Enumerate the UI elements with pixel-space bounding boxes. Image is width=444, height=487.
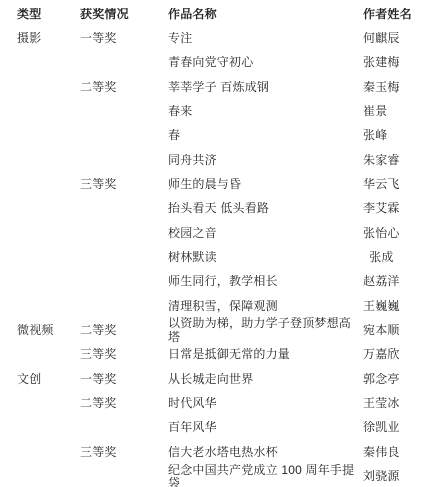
table-row: 百年风华徐凯业 <box>17 416 444 440</box>
cell-title: 师生的晨与昏 <box>168 178 363 191</box>
table-row: 三等奖日常是抵御无常的力量万嘉欣 <box>17 343 444 367</box>
cell-author: 王莹冰 <box>363 397 444 410</box>
cell-title: 专注 <box>168 32 363 45</box>
cell-author: 华云飞 <box>363 178 444 191</box>
cell-author: 张峰 <box>363 129 444 142</box>
cell-award: 三等奖 <box>80 178 168 191</box>
column-header-type: 类型 <box>17 8 80 21</box>
cell-author: 宛本顺 <box>363 324 444 337</box>
cell-author: 万嘉欣 <box>363 348 444 361</box>
table-row: 纪念中国共产党成立 100 周年手提袋刘骁源 <box>17 465 444 487</box>
table-row: 青春向党守初心张建梅 <box>17 51 444 75</box>
cell-award: 二等奖 <box>80 81 168 94</box>
cell-author: 崔景 <box>363 105 444 118</box>
column-header-title: 作品名称 <box>168 8 363 21</box>
table-row: 抬头看天 低头看路李艾霖 <box>17 197 444 221</box>
cell-type: 摄影 <box>17 32 80 45</box>
cell-award: 三等奖 <box>80 348 168 361</box>
cell-title: 百年风华 <box>168 421 363 434</box>
cell-author: 何麒辰 <box>363 32 444 45</box>
cell-author: 张怡心 <box>363 227 444 240</box>
table-row: 微视频二等奖以资助为梯，助力学子登顶梦想高塔宛本顺 <box>17 318 444 342</box>
cell-title: 春 <box>168 129 363 142</box>
table-row: 二等奖时代风华王莹冰 <box>17 392 444 416</box>
cell-author: 张成 <box>363 251 444 264</box>
cell-title: 纪念中国共产党成立 100 周年手提袋 <box>168 464 363 487</box>
cell-title: 日常是抵御无常的力量 <box>168 348 363 361</box>
table-row: 校园之音张怡心 <box>17 221 444 245</box>
cell-author: 徐凯业 <box>363 421 444 434</box>
cell-title: 时代风华 <box>168 397 363 410</box>
cell-title: 抬头看天 低头看路 <box>168 202 363 215</box>
column-header-author: 作者姓名 <box>363 8 444 21</box>
cell-type: 文创 <box>17 373 80 386</box>
cell-award: 三等奖 <box>80 446 168 459</box>
cell-author: 郭念亭 <box>363 373 444 386</box>
cell-author: 秦伟良 <box>363 446 444 459</box>
cell-author: 刘骁源 <box>363 470 444 483</box>
table-row: 师生同行，教学相长赵荔洋 <box>17 270 444 294</box>
table-row: 三等奖信大老水塔电热水杯秦伟良 <box>17 440 444 464</box>
cell-title: 春来 <box>168 105 363 118</box>
cell-award: 二等奖 <box>80 397 168 410</box>
cell-award: 一等奖 <box>80 32 168 45</box>
cell-title: 莘莘学子 百炼成钢 <box>168 81 363 94</box>
cell-author: 朱家睿 <box>363 154 444 167</box>
cell-title: 师生同行，教学相长 <box>168 275 363 288</box>
table-row: 三等奖师生的晨与昏华云飞 <box>17 172 444 196</box>
cell-author: 李艾霖 <box>363 202 444 215</box>
cell-title: 以资助为梯，助力学子登顶梦想高塔 <box>168 317 363 343</box>
cell-title: 校园之音 <box>168 227 363 240</box>
table-row: 树林默读 张成 <box>17 245 444 269</box>
cell-title: 从长城走向世界 <box>168 373 363 386</box>
table-row: 文创一等奖从长城走向世界郭念亭 <box>17 367 444 391</box>
cell-title: 信大老水塔电热水杯 <box>168 446 363 459</box>
cell-title: 树林默读 <box>168 251 363 264</box>
award-table: 类型获奖情况作品名称作者姓名 摄影一等奖专注何麒辰青春向党守初心张建梅二等奖莘莘… <box>0 0 444 487</box>
table-row: 春来崔景 <box>17 99 444 123</box>
column-header-award: 获奖情况 <box>80 8 168 21</box>
cell-author: 秦玉梅 <box>363 81 444 94</box>
cell-award: 二等奖 <box>80 324 168 337</box>
cell-title: 清理积雪，保障观测 <box>168 300 363 313</box>
cell-type: 微视频 <box>17 324 80 337</box>
table-row: 春张峰 <box>17 124 444 148</box>
table-header-row: 类型获奖情况作品名称作者姓名 <box>17 2 444 26</box>
cell-title: 同舟共济 <box>168 154 363 167</box>
table-row: 二等奖莘莘学子 百炼成钢秦玉梅 <box>17 75 444 99</box>
cell-author: 赵荔洋 <box>363 275 444 288</box>
cell-author: 张建梅 <box>363 56 444 69</box>
table-body: 摄影一等奖专注何麒辰青春向党守初心张建梅二等奖莘莘学子 百炼成钢秦玉梅春来崔景春… <box>17 26 444 487</box>
cell-award: 一等奖 <box>80 373 168 386</box>
cell-author: 王巍巍 <box>363 300 444 313</box>
table-row: 摄影一等奖专注何麒辰 <box>17 26 444 50</box>
table-row: 同舟共济朱家睿 <box>17 148 444 172</box>
cell-title: 青春向党守初心 <box>168 56 363 69</box>
table-row: 清理积雪，保障观测王巍巍 <box>17 294 444 318</box>
